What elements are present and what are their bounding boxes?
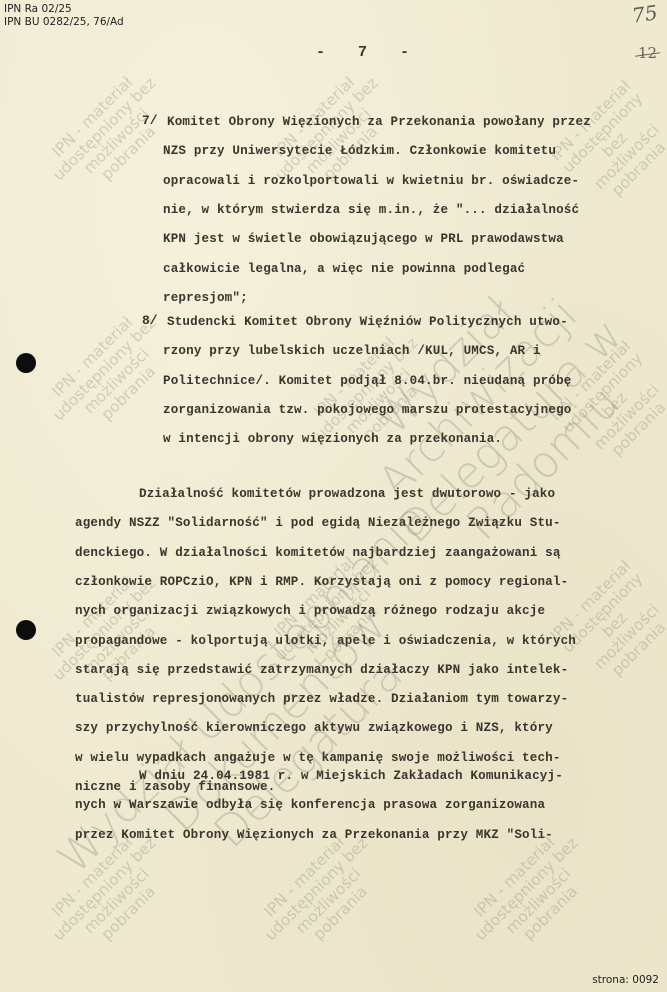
- text-line: zorganizowania tzw. pokojowego marszu pr…: [163, 402, 572, 418]
- text-line: tualistów represjonowanych przez władze.…: [75, 691, 568, 707]
- text-line: Działalność komitetów prowadzona jest dw…: [139, 486, 555, 502]
- page-footer-label: strona: 0092: [592, 974, 659, 986]
- text-line: nie, w którym stwierdza się m.in., że ".…: [163, 202, 579, 218]
- text-line: denckiego. W działalności komitetów najb…: [75, 545, 561, 561]
- item-8-number: 8/: [142, 313, 158, 328]
- text-line: agendy NSZZ "Solidarność" i pod egidą Ni…: [75, 515, 561, 531]
- page-number: - 7 -: [316, 44, 421, 61]
- text-line: opracowali i rozkolportowali w kwietniu …: [163, 173, 579, 189]
- text-line: Komitet Obrony Więzionych za Przekonania…: [167, 114, 591, 130]
- archive-signature-2: IPN BU 0282/25, 76/Ad: [4, 16, 124, 29]
- watermark-ipn: IPN - materiałudostępniony bezmożliwości…: [540, 70, 667, 220]
- stamped-folio: 12: [638, 44, 657, 62]
- text-line: Politechnice/. Komitet podjął 8.04.br. n…: [163, 373, 572, 389]
- text-line: represjom";: [163, 290, 248, 306]
- watermark-ipn: IPN - materiałudostępniony bezmożliwości…: [250, 823, 395, 968]
- text-line: W dniu 24.04.1981 r. w Miejskich Zakłada…: [139, 768, 563, 784]
- watermark-ipn: IPN - materiałudostępniony bezmożliwości…: [460, 823, 605, 968]
- handwritten-folio: 75: [630, 0, 659, 27]
- text-line: Studencki Komitet Obrony Więźniów Polity…: [167, 314, 568, 330]
- text-line: całkowicie legalna, a więc nie powinna p…: [163, 261, 525, 277]
- text-line: przez Komitet Obrony Więzionych za Przek…: [75, 827, 553, 843]
- text-line: członkowie ROPCziO, KPN i RMP. Korzystaj…: [75, 574, 568, 590]
- text-line: propagandowe - kolportują ulotki, apele …: [75, 633, 576, 649]
- watermark-ipn: IPN - materiałudostępniony bezmożliwości…: [38, 823, 183, 968]
- item-7-number: 7/: [142, 113, 158, 128]
- text-line: nych w Warszawie odbyła się konferencja …: [75, 797, 545, 813]
- text-line: KPN jest w świetle obowiązującego w PRL …: [163, 231, 564, 247]
- text-line: rzony przy lubelskich uczelniach /KUL, U…: [163, 343, 541, 359]
- archive-signature-1: IPN Ra 02/25: [4, 3, 72, 16]
- watermark-ipn: IPN - materiałudostępniony bezmożliwości…: [38, 303, 183, 448]
- text-line: NZS przy Uniwersytecie Łódzkim. Członkow…: [163, 143, 556, 159]
- document-page: IPN - materiałudostępniony bezmożliwości…: [0, 0, 667, 992]
- punch-hole-bottom: [16, 620, 36, 640]
- text-line: w wielu wypadkach angażuje w tę kampanię…: [75, 750, 561, 766]
- text-line: szy przychylność kierowniczego aktywu zw…: [75, 720, 553, 736]
- punch-hole-top: [16, 353, 36, 373]
- text-line: nych organizacji związkowych i prowadzą …: [75, 603, 545, 619]
- watermark-ipn: IPN - materiałudostępniony bezmożliwości…: [38, 63, 183, 208]
- text-line: w intencji obrony więzionych za przekona…: [163, 431, 502, 447]
- text-line: starają się przedstawić zatrzymanych dzi…: [75, 662, 568, 678]
